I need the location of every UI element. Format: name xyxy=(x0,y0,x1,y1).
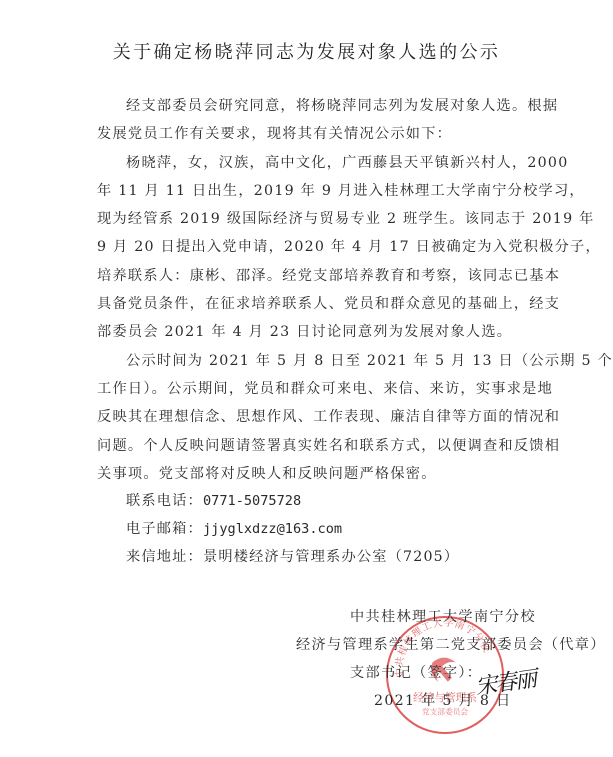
paragraph-publicity: 公示时间为 2021 年 5 月 8 日至 2021 年 5 月 13 日（公示… xyxy=(97,347,537,488)
address-value: 景明楼经济与管理系办公室（7205） xyxy=(203,549,459,565)
text-line: 经支部委员会研究同意，将杨晓萍同志列为发展对象人选。根据 xyxy=(97,92,537,120)
text-line: 公示时间为 2021 年 5 月 8 日至 2021 年 5 月 13 日（公示… xyxy=(97,347,537,375)
text-line: 部委员会 2021 年 4 月 23 日讨论同意列为发展对象人选。 xyxy=(97,318,537,346)
email-label: 电子邮箱： xyxy=(126,521,203,537)
text-line: 杨晓萍，女，汉族，高中文化，广西藤县天平镇新兴村人，2000 xyxy=(97,149,537,177)
text-line: 反映其在理想信念、思想作风、工作表现、廉洁自律等方面的情况和 xyxy=(97,403,537,431)
text-line: 具备党员条件，在征求培养联系人、党员和群众意见的基础上，经支 xyxy=(97,290,537,318)
contact-address: 来信地址：景明楼经济与管理系办公室（7205） xyxy=(126,543,459,571)
text-line: 培养联系人：康彬、邵泽。经党支部培养教育和考察，该同志已基本 xyxy=(97,262,537,290)
signing-date: 2021 年 5 月 8 日 xyxy=(374,690,511,710)
contact-email: 电子邮箱：jjyglxdzz@163.com xyxy=(126,515,342,543)
email-value: jjyglxdzz@163.com xyxy=(203,521,342,537)
document-title: 关于确定杨晓萍同志为发展对象人选的公示 xyxy=(0,38,613,64)
paragraph-profile: 杨晓萍，女，汉族，高中文化，广西藤县天平镇新兴村人，2000 年 11 月 11… xyxy=(97,149,537,347)
signing-org-line2: 经济与管理系学生第二党支部委员会（代章） xyxy=(296,634,606,654)
paragraph-intro: 经支部委员会研究同意，将杨晓萍同志列为发展对象人选。根据 发展党员工作有关要求，… xyxy=(97,92,537,149)
document-page: 关于确定杨晓萍同志为发展对象人选的公示 经支部委员会研究同意，将杨晓萍同志列为发… xyxy=(0,0,613,757)
contact-phone: 联系电话：0771-5075728 xyxy=(126,487,301,515)
text-line: 关事项。党支部将对反映人和反映问题严格保密。 xyxy=(97,460,537,488)
phone-value: 0771-5075728 xyxy=(203,493,301,509)
text-line: 9 月 20 日提出入党申请，2020 年 4 月 17 日被确定为入党积极分子… xyxy=(97,233,537,261)
signing-org-line1: 中共桂林理工大学南宁分校 xyxy=(350,606,536,626)
text-line: 工作日）。公示期间，党员和群众可来电、来信、来访，实事求是地 xyxy=(97,375,537,403)
phone-label: 联系电话： xyxy=(126,493,203,509)
text-line: 发展党员工作有关要求，现将其有关情况公示如下： xyxy=(97,120,537,148)
address-label: 来信地址： xyxy=(126,549,203,565)
text-line: 问题。个人反映问题请签署真实姓名和联系方式，以便调查和反馈相 xyxy=(97,432,537,460)
secretary-label: 支部书记（签字）： xyxy=(350,662,482,682)
text-line: 现为经管系 2019 级国际经济与贸易专业 2 班学生。该同志于 2019 年 xyxy=(97,205,537,233)
text-line: 年 11 月 11 日出生，2019 年 9 月进入桂林理工大学南宁分校学习， xyxy=(97,177,537,205)
